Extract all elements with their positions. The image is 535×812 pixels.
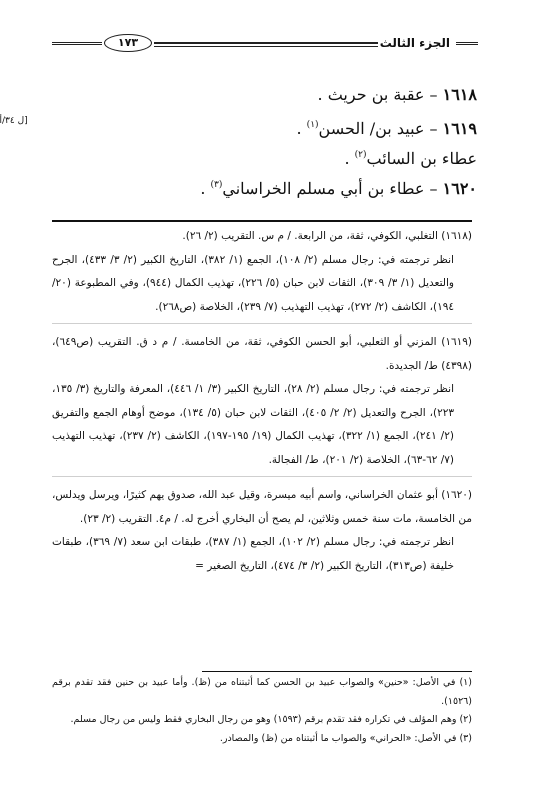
entry-1620: ١٦٢٠ – عطاء بن أبي مسلم الخراساني(٣) . [37,170,477,200]
commentary-separator [52,476,472,480]
entry-text: عقبة بن حريث . [318,85,425,104]
commentary: (١٦١٨) التغلبي، الكوفي، ثقة، من الرابعة.… [52,225,472,578]
commentary-body: انظر ترجمته في: رجال مسلم (٢/ ٢٨)، التار… [52,378,472,472]
footnotes: (١) في الأصل: «حنين» والصواب عبيد بن الح… [52,674,472,748]
entry-dash: – [424,85,442,104]
entry-unnumbered: عطاء بن السائب(٢) . [37,140,477,170]
commentary-1619: (١٦١٩) المزني أو الثعلبي، أبو الحسن الكو… [52,331,472,472]
footnote-marker: (١) [459,677,472,688]
footnote-marker: (٣) [459,733,472,744]
commentary-lead: (١٦١٨) التغلبي، الكوفي، ثقة، من الرابعة.… [52,225,472,249]
commentary-1618: (١٦١٨) التغلبي، الكوفي، ثقة، من الرابعة.… [52,225,472,319]
footnote-text: في الأصل: «الحراني» والصواب ما أثبتناه م… [220,733,457,744]
footnote-3: (٣) في الأصل: «الحراني» والصواب ما أثبتن… [52,730,472,749]
header-rule-left [52,42,102,45]
footnote-1: (١) في الأصل: «حنين» والصواب عبيد بن الح… [52,674,472,711]
header-rule-middle-thin [154,46,378,47]
footnote-text: في الأصل: «حنين» والصواب عبيد بن الحسن ك… [52,677,472,707]
commentary-separator [52,323,472,327]
entry-dash: – [424,179,442,198]
commentary-lead: (١٦٢٠) أبو عثمان الخراساني، واسم أبيه مي… [52,484,472,531]
footnote-2: (٢) وهم المؤلف في تكراره فقد تقدم برقم (… [52,711,472,730]
entry-dash: – [424,119,442,138]
entry-text: عطاء بن أبي مسلم الخراساني [222,179,424,198]
entry-tail: . [344,149,354,168]
entries-list: ١٦١٨ – عقبة بن حريث . ١٦١٩ – عبيد بن/ ال… [37,80,477,200]
entry-text: عبيد بن/ الحسن [319,119,425,138]
header-rule-middle [154,42,378,44]
footnote-text: وهم المؤلف في تكراره فقد تقدم برقم (١٥٩٣… [71,714,457,725]
footnote-ref[interactable]: (٢) [355,150,367,160]
entry-1618: ١٦١٨ – عقبة بن حريث . [37,80,477,110]
entry-tail: . [297,119,307,138]
commentary-body: انظر ترجمته في: رجال مسلم (٢/ ١٠٢)، الجم… [52,531,472,578]
commentary-body: انظر ترجمته في: رجال مسلم (٢/ ١٠٨)، الجم… [52,249,472,320]
entry-1619: ١٦١٩ – عبيد بن/ الحسن(١) . [37,110,477,140]
manuscript-folio-note: [ل ٣٤/أ] [0,116,28,126]
entry-tail: . [200,179,210,198]
entry-number: ١٦٢٠ [443,179,477,198]
header-rule-right [456,42,478,45]
footnote-ref[interactable]: (١) [307,120,319,130]
text-commentary-divider [52,220,472,222]
footnote-ref[interactable]: (٣) [211,180,223,190]
footnote-marker: (٢) [459,714,472,725]
volume-title: الجزء الثالث [380,34,450,52]
running-header: ١٧٣ الجزء الثالث [52,34,478,54]
entry-number: ١٦١٩ [443,119,477,138]
book-page: ١٧٣ الجزء الثالث [ل ٣٤/أ] ١٦١٨ – عقبة بن… [0,0,535,812]
entry-text: عطاء بن السائب [366,149,477,168]
commentary-1620: (١٦٢٠) أبو عثمان الخراساني، واسم أبيه مي… [52,484,472,578]
footnote-divider [202,671,472,672]
commentary-lead: (١٦١٩) المزني أو الثعلبي، أبو الحسن الكو… [52,331,472,378]
entry-number: ١٦١٨ [443,85,477,104]
page-number: ١٧٣ [104,34,152,52]
